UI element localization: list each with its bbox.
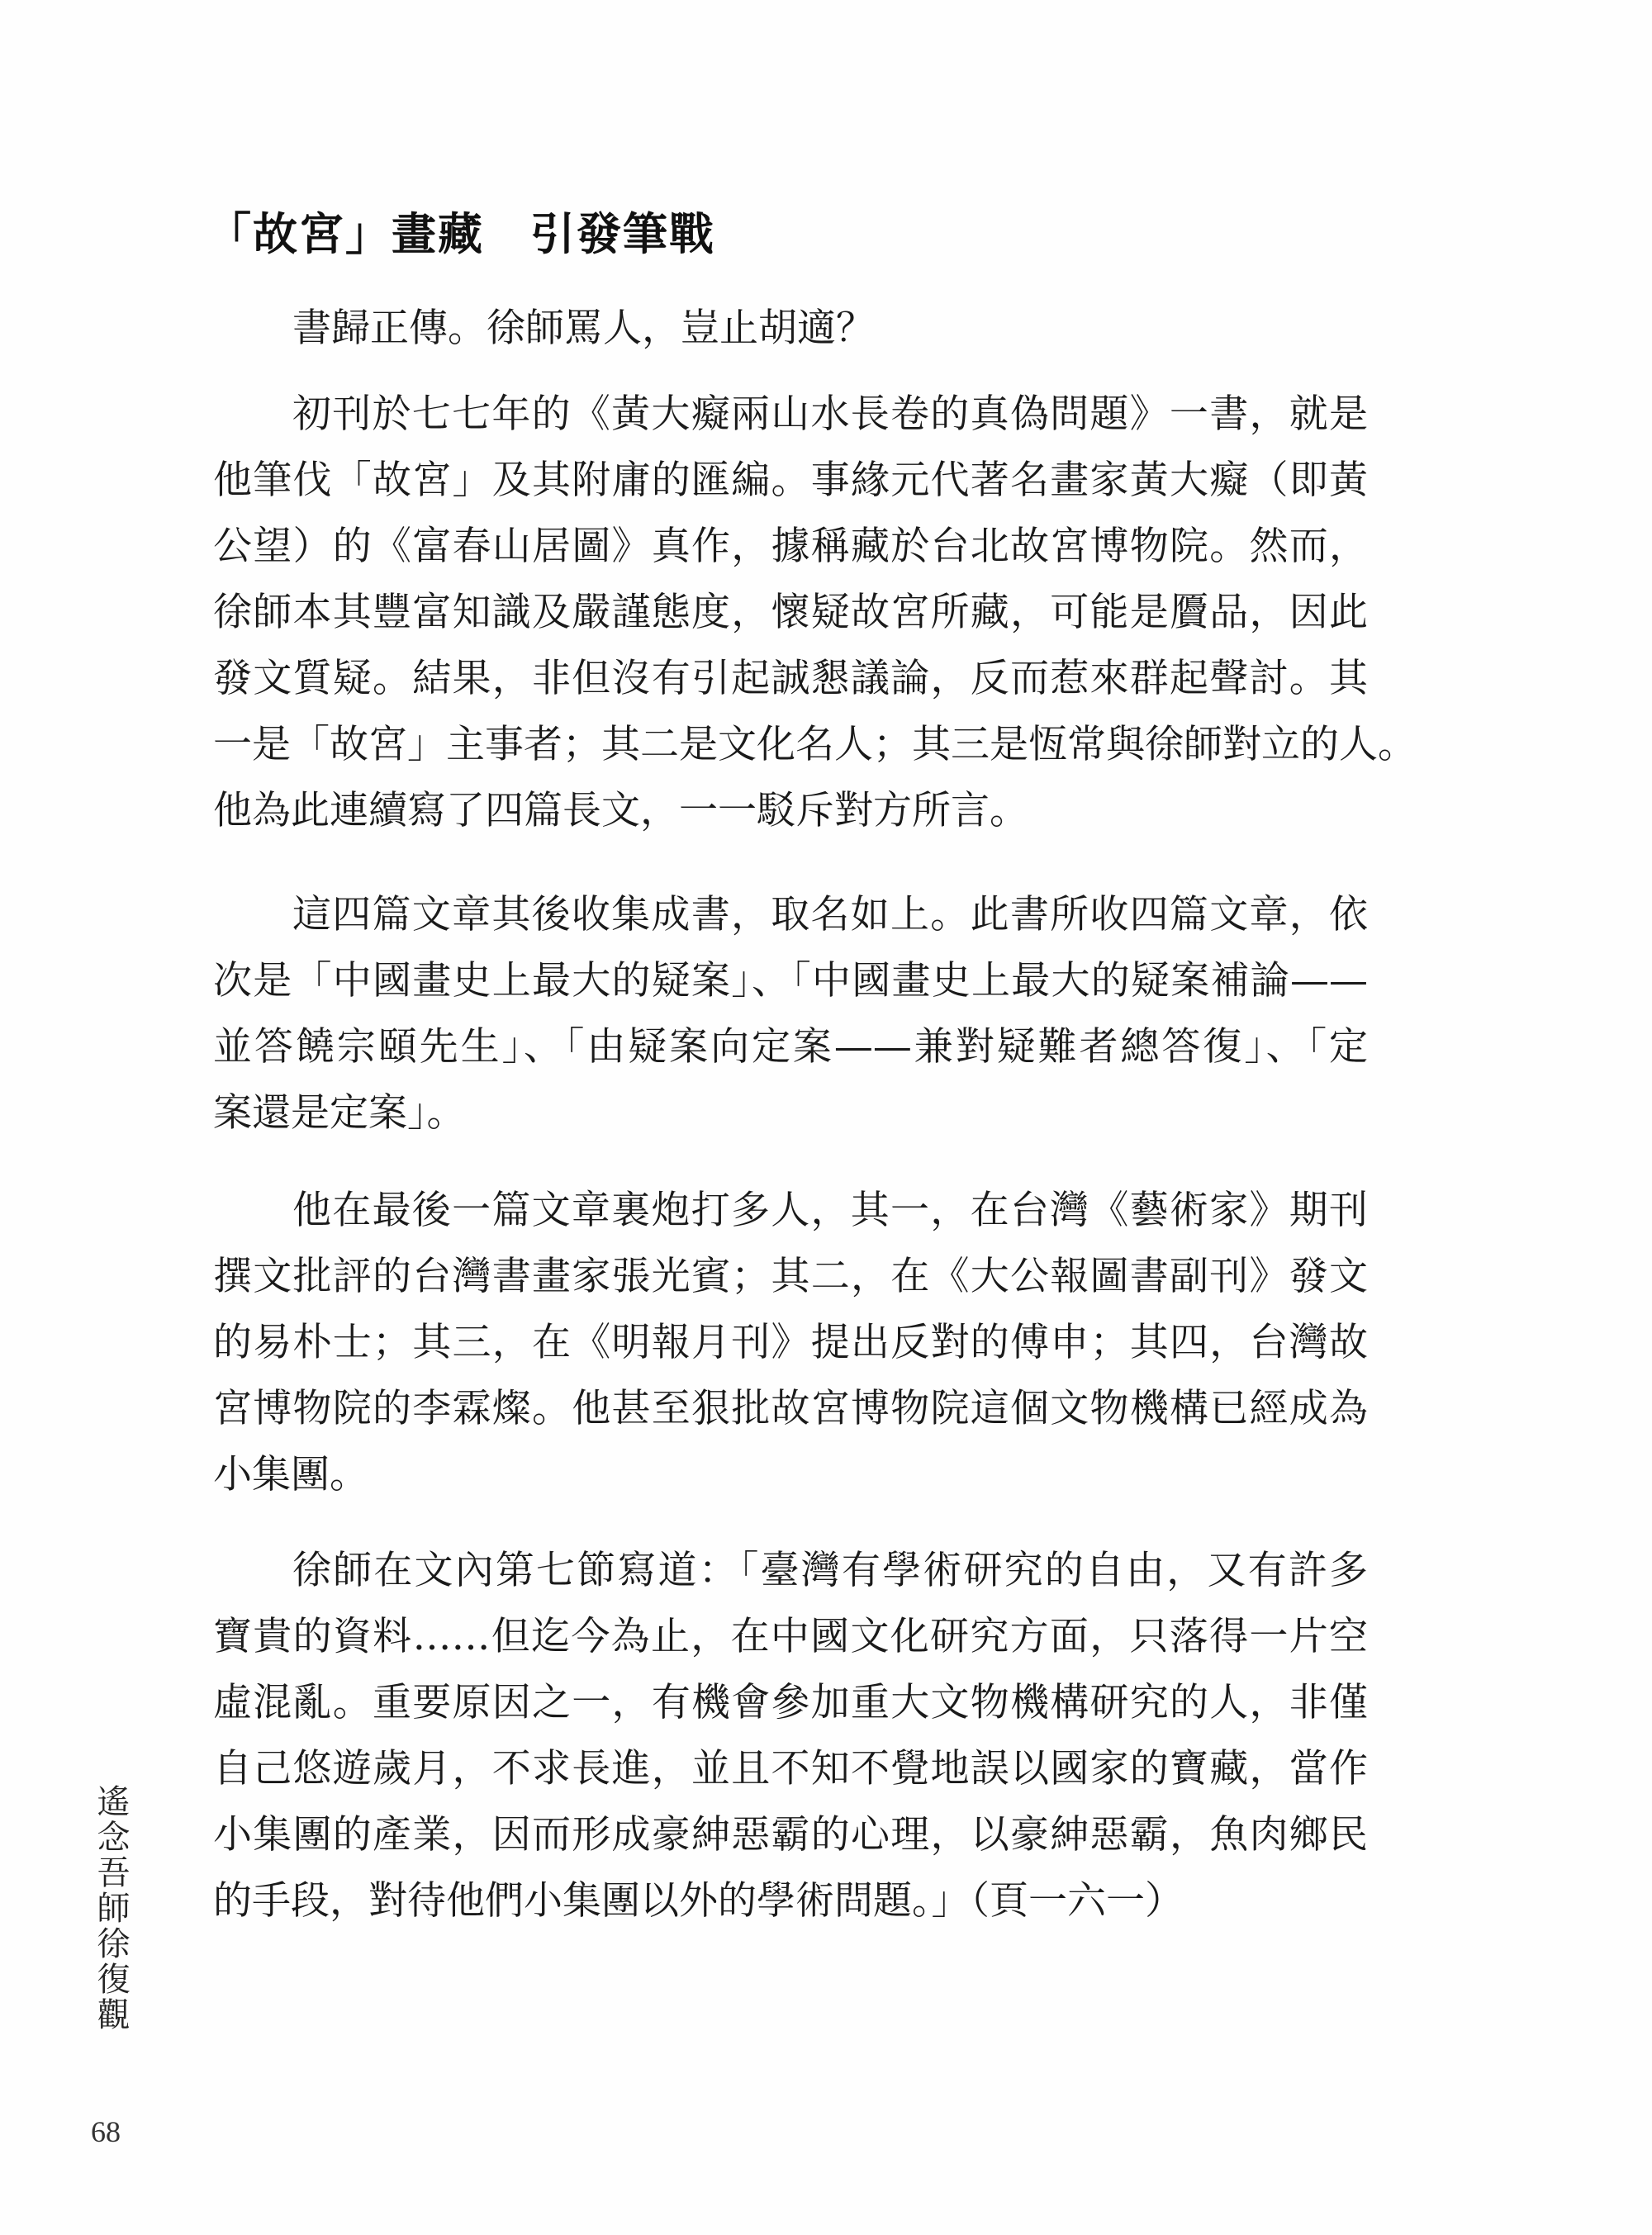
text-line: 的易朴士；其三，在《明報月刊》提出反對的傅申；其四，台灣故 bbox=[213, 1310, 1368, 1376]
text-line: 他筆伐「故宮」及其附庸的匯編。事緣元代著名畫家黃大癡（即黃 bbox=[213, 448, 1368, 514]
text-line: 小集團。 bbox=[213, 1442, 1368, 1508]
paragraph-2: 初刊於七七年的《黃大癡兩山水長卷的真偽問題》一書，就是 他筆伐「故宮」及其附庸的… bbox=[213, 382, 1368, 844]
section-title: 「故宮」畫藏 引發筆戰 bbox=[206, 205, 715, 263]
text-line: 一是「故宮」主事者；其二是文化名人；其三是恆常與徐師對立的人。 bbox=[213, 712, 1368, 778]
text-line: 自己悠遊歲月，不求長進，並且不知不覺地誤以國家的寶藏，當作 bbox=[213, 1736, 1368, 1802]
paragraph-4: 他在最後一篇文章裏炮打多人，其一，在台灣《藝術家》期刊 撰文批評的台灣書畫家張光… bbox=[213, 1178, 1368, 1508]
text-line: 公望）的《富春山居圖》真作，據稱藏於台北故宮博物院。然而， bbox=[213, 514, 1368, 580]
text-line: 初刊於七七年的《黃大癡兩山水長卷的真偽問題》一書，就是 bbox=[213, 382, 1368, 448]
text-line: 宮博物院的李霖燦。他甚至狠批故宮博物院這個文物機構已經成為 bbox=[213, 1376, 1368, 1442]
text-line: 寶貴的資料……但迄今為止，在中國文化研究方面，只落得一片空 bbox=[213, 1604, 1368, 1670]
paragraph-5: 徐師在文內第七節寫道：「臺灣有學術研究的自由，又有許多 寶貴的資料……但迄今為止… bbox=[213, 1538, 1368, 1934]
text-line: 書歸正傳。徐師罵人，豈止胡適？ bbox=[213, 296, 1368, 362]
text-line: 次是「中國畫史上最大的疑案」、「中國畫史上最大的疑案補論—— bbox=[213, 948, 1368, 1014]
text-line: 的手段，對待他們小集團以外的學術問題。」（頁一六一） bbox=[213, 1868, 1368, 1934]
text-line: 徐師在文內第七節寫道：「臺灣有學術研究的自由，又有許多 bbox=[213, 1538, 1368, 1604]
text-line: 並答饒宗頤先生」、「由疑案向定案——兼對疑難者總答復」、「定 bbox=[213, 1014, 1368, 1080]
text-line: 發文質疑。結果，非但沒有引起誠懇議論，反而惹來群起聲討。其 bbox=[213, 646, 1368, 712]
text-line: 他為此連續寫了四篇長文，一一駁斥對方所言。 bbox=[213, 778, 1368, 844]
book-page: 「故宮」畫藏 引發筆戰 書歸正傳。徐師罵人，豈止胡適？ 初刊於七七年的《黃大癡兩… bbox=[0, 0, 1652, 2235]
paragraph-1: 書歸正傳。徐師罵人，豈止胡適？ bbox=[213, 296, 1368, 362]
text-line: 小集團的產業，因而形成豪紳惡霸的心理，以豪紳惡霸，魚肉鄉民 bbox=[213, 1802, 1368, 1868]
running-book-title: 遙念吾師徐復觀 bbox=[83, 1784, 132, 2033]
paragraph-3: 這四篇文章其後收集成書，取名如上。此書所收四篇文章，依 次是「中國畫史上最大的疑… bbox=[213, 882, 1368, 1146]
text-line: 撰文批評的台灣書畫家張光賓；其二，在《大公報圖書副刊》發文 bbox=[213, 1244, 1368, 1310]
text-line: 虛混亂。重要原因之一，有機會參加重大文物機構研究的人，非僅 bbox=[213, 1670, 1368, 1736]
text-line: 案還是定案」。 bbox=[213, 1080, 1368, 1146]
page-number: 68 bbox=[91, 2114, 121, 2149]
text-line: 徐師本其豐富知識及嚴謹態度，懷疑故宮所藏，可能是贗品，因此 bbox=[213, 580, 1368, 646]
text-line: 他在最後一篇文章裏炮打多人，其一，在台灣《藝術家》期刊 bbox=[213, 1178, 1368, 1244]
text-line: 這四篇文章其後收集成書，取名如上。此書所收四篇文章，依 bbox=[213, 882, 1368, 948]
